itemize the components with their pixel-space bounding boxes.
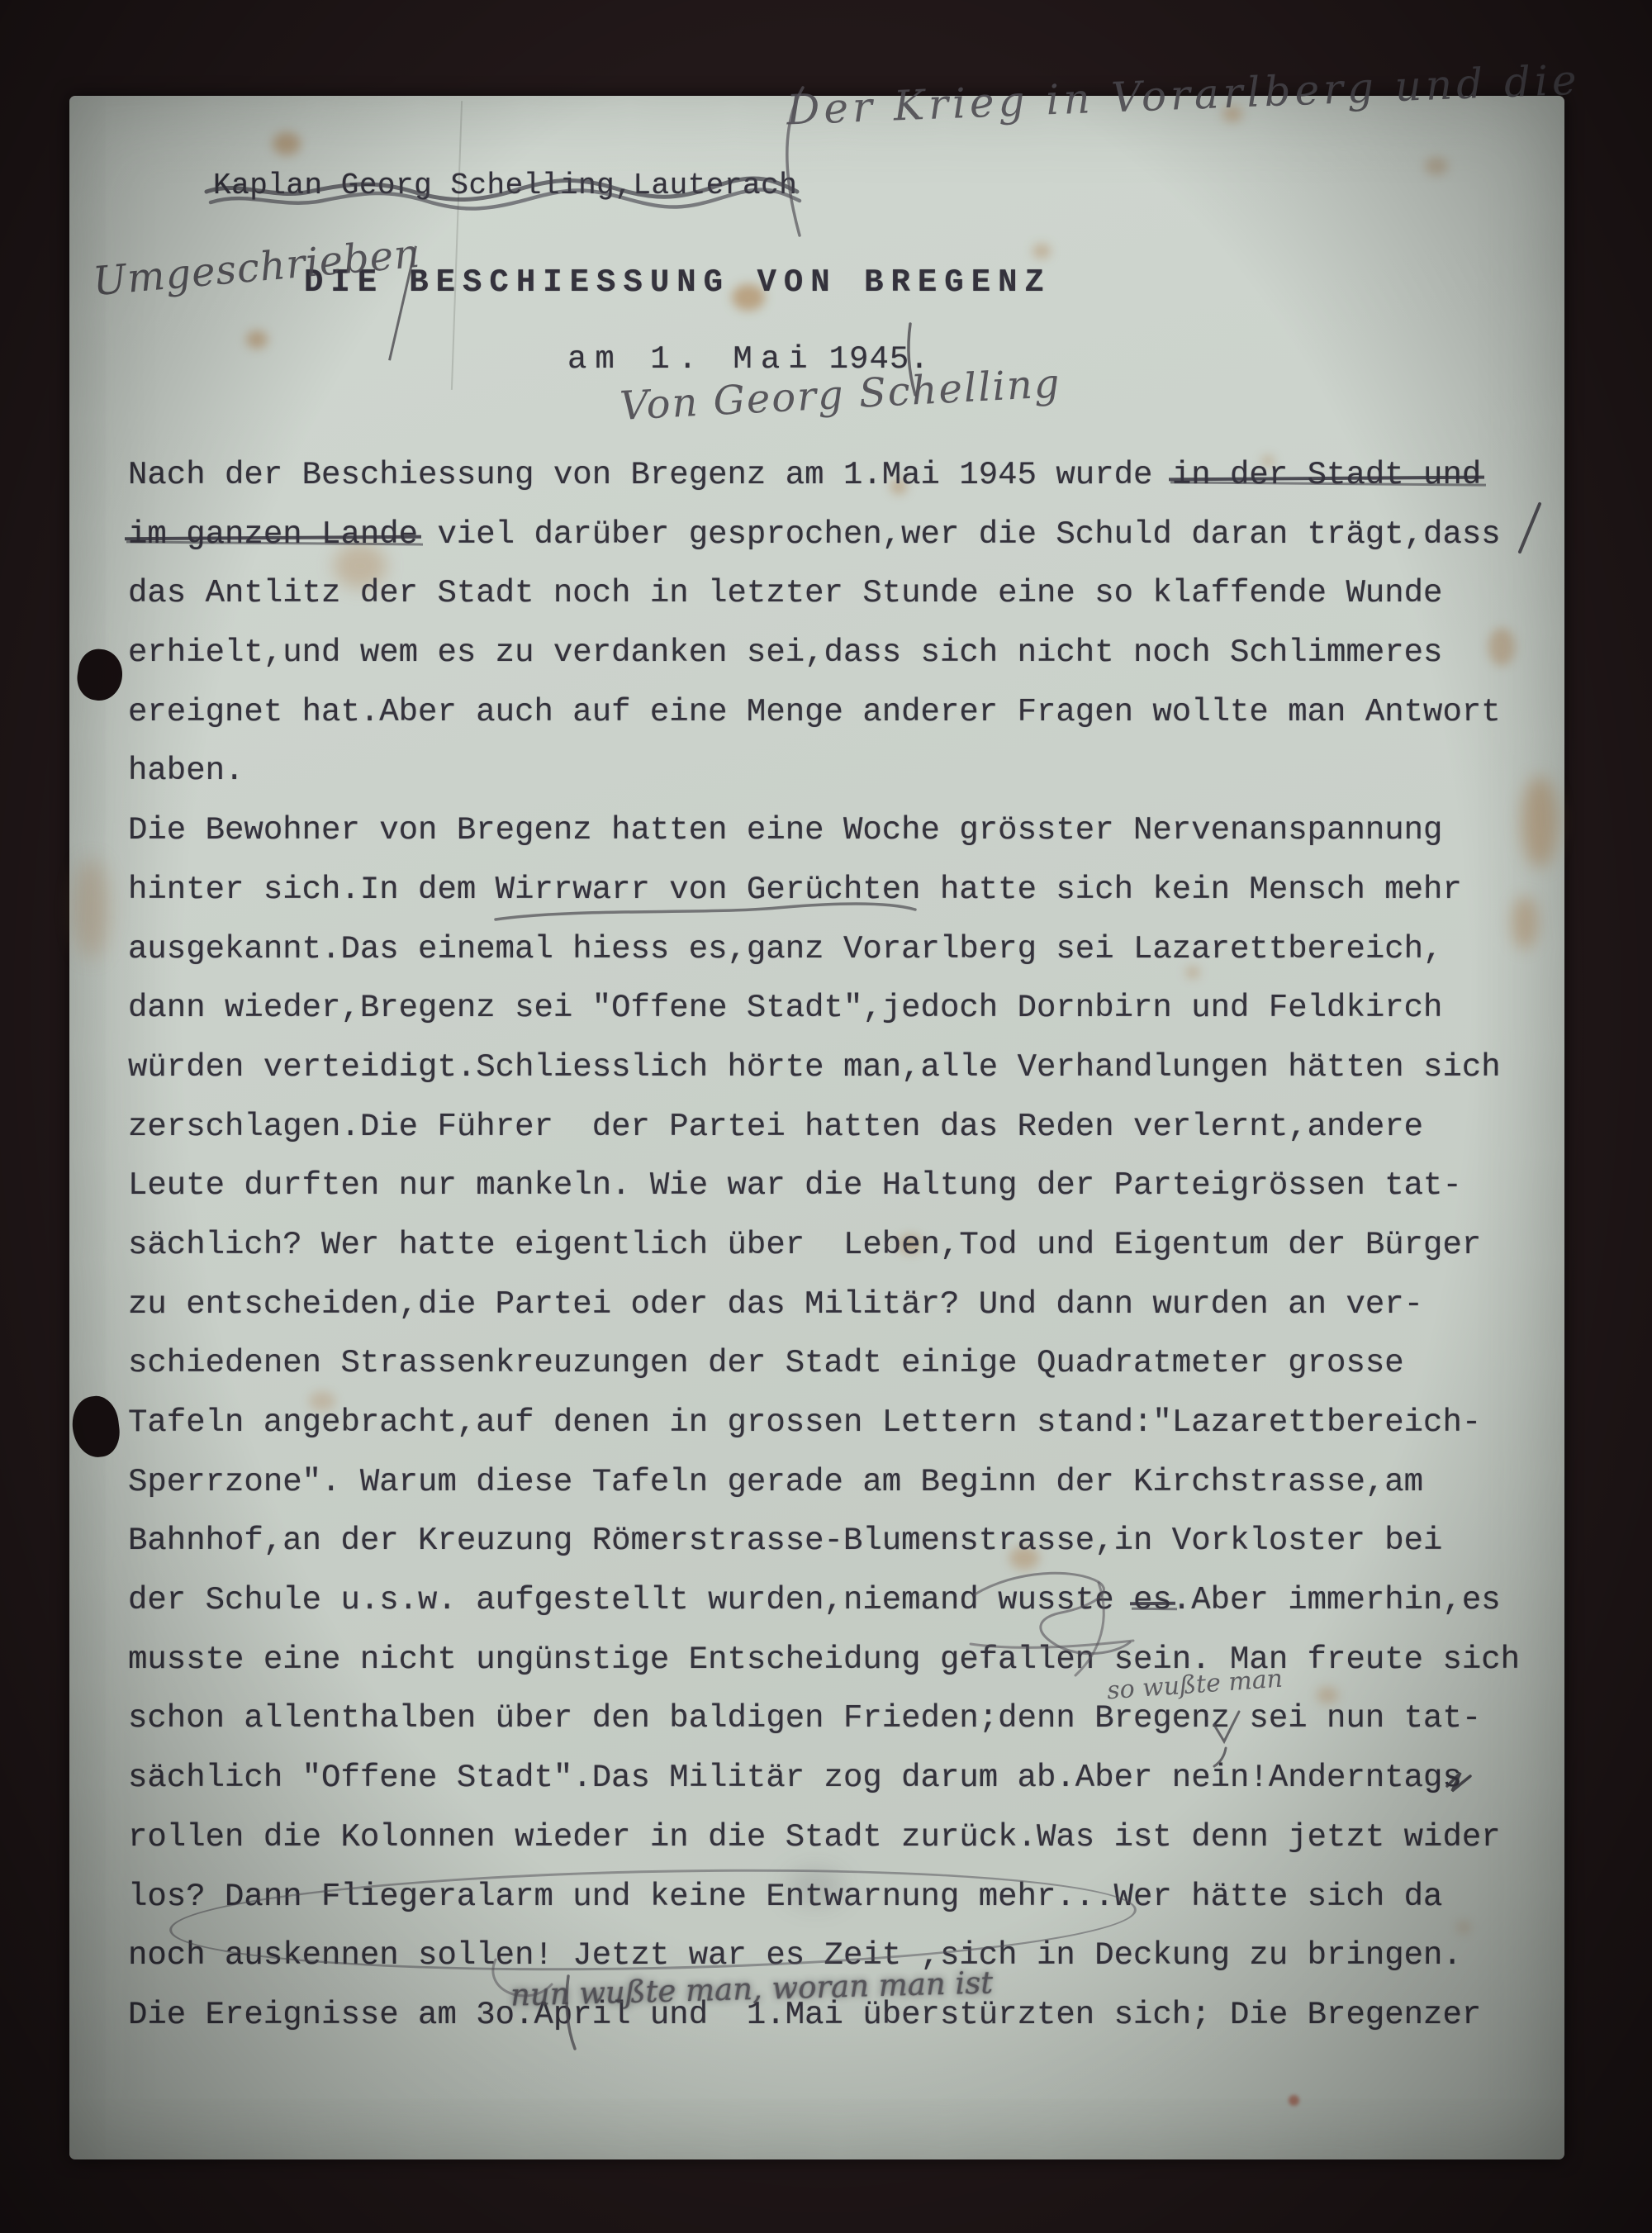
body-line: schiedenen Strassenkreuzungen der Stadt … bbox=[128, 1334, 1520, 1394]
body-line: Tafeln angebracht,auf denen in grossen L… bbox=[128, 1394, 1520, 1453]
body-line: Nach der Beschiessung von Bregenz am 1.M… bbox=[128, 446, 1520, 506]
body-line: Bahnhof,an der Kreuzung Römerstrasse-Blu… bbox=[128, 1512, 1520, 1571]
body-line: das Antlitz der Stadt noch in letzter St… bbox=[128, 564, 1520, 624]
body-line: Leute durften nur mankeln. Wie war die H… bbox=[128, 1157, 1520, 1216]
body-line: Sperrzone". Warum diese Tafeln gerade am… bbox=[128, 1453, 1520, 1513]
body-line: Die Bewohner von Bregenz hatten eine Woc… bbox=[128, 801, 1520, 861]
body-line: zerschlagen.Die Führer der Partei hatten… bbox=[128, 1098, 1520, 1157]
body-line: hinter sich.In dem Wirrwarr von Gerüchte… bbox=[128, 861, 1520, 920]
body-line: im ganzen Lande viel darüber gesprochen,… bbox=[128, 506, 1520, 565]
subtitle-date: am 1. Mai bbox=[567, 341, 816, 378]
body-line: sächlich? Wer hatte eigentlich über Lebe… bbox=[128, 1216, 1520, 1276]
body-line: zu entscheiden,die Partei oder das Milit… bbox=[128, 1276, 1520, 1335]
body-line: ereignet hat.Aber auch auf eine Menge an… bbox=[128, 683, 1520, 743]
body-line: schon allenthalben über den baldigen Fri… bbox=[128, 1689, 1520, 1749]
body-line: erhielt,und wem es zu verdanken sei,dass… bbox=[128, 624, 1520, 683]
body-line: ausgekannt.Das einemal hiess es,ganz Vor… bbox=[128, 920, 1520, 980]
byline-struck: Kaplan Georg Schelling,Lauterach bbox=[213, 169, 797, 202]
body-lines: Nach der Beschiessung von Bregenz am 1.M… bbox=[128, 446, 1520, 2045]
body-line: der Schule u.s.w. aufgestellt wurden,nie… bbox=[128, 1571, 1520, 1631]
body-line: sächlich "Offene Stadt".Das Militär zog … bbox=[128, 1749, 1520, 1808]
body-line: musste eine nicht ungünstige Entscheidun… bbox=[128, 1631, 1520, 1690]
body-line: rollen die Kolonnen wieder in die Stadt … bbox=[128, 1808, 1520, 1868]
body-line: dann wieder,Bregenz sei "Offene Stadt",j… bbox=[128, 979, 1520, 1038]
title-rest: BESCHIESSUNG VON BREGENZ bbox=[409, 264, 1051, 301]
body-line: würden verteidigt.Schliesslich hörte man… bbox=[128, 1038, 1520, 1098]
body-line: haben. bbox=[128, 742, 1520, 801]
archival-scan: { "document": { "byline_struck": "Kaplan… bbox=[0, 0, 1652, 2233]
